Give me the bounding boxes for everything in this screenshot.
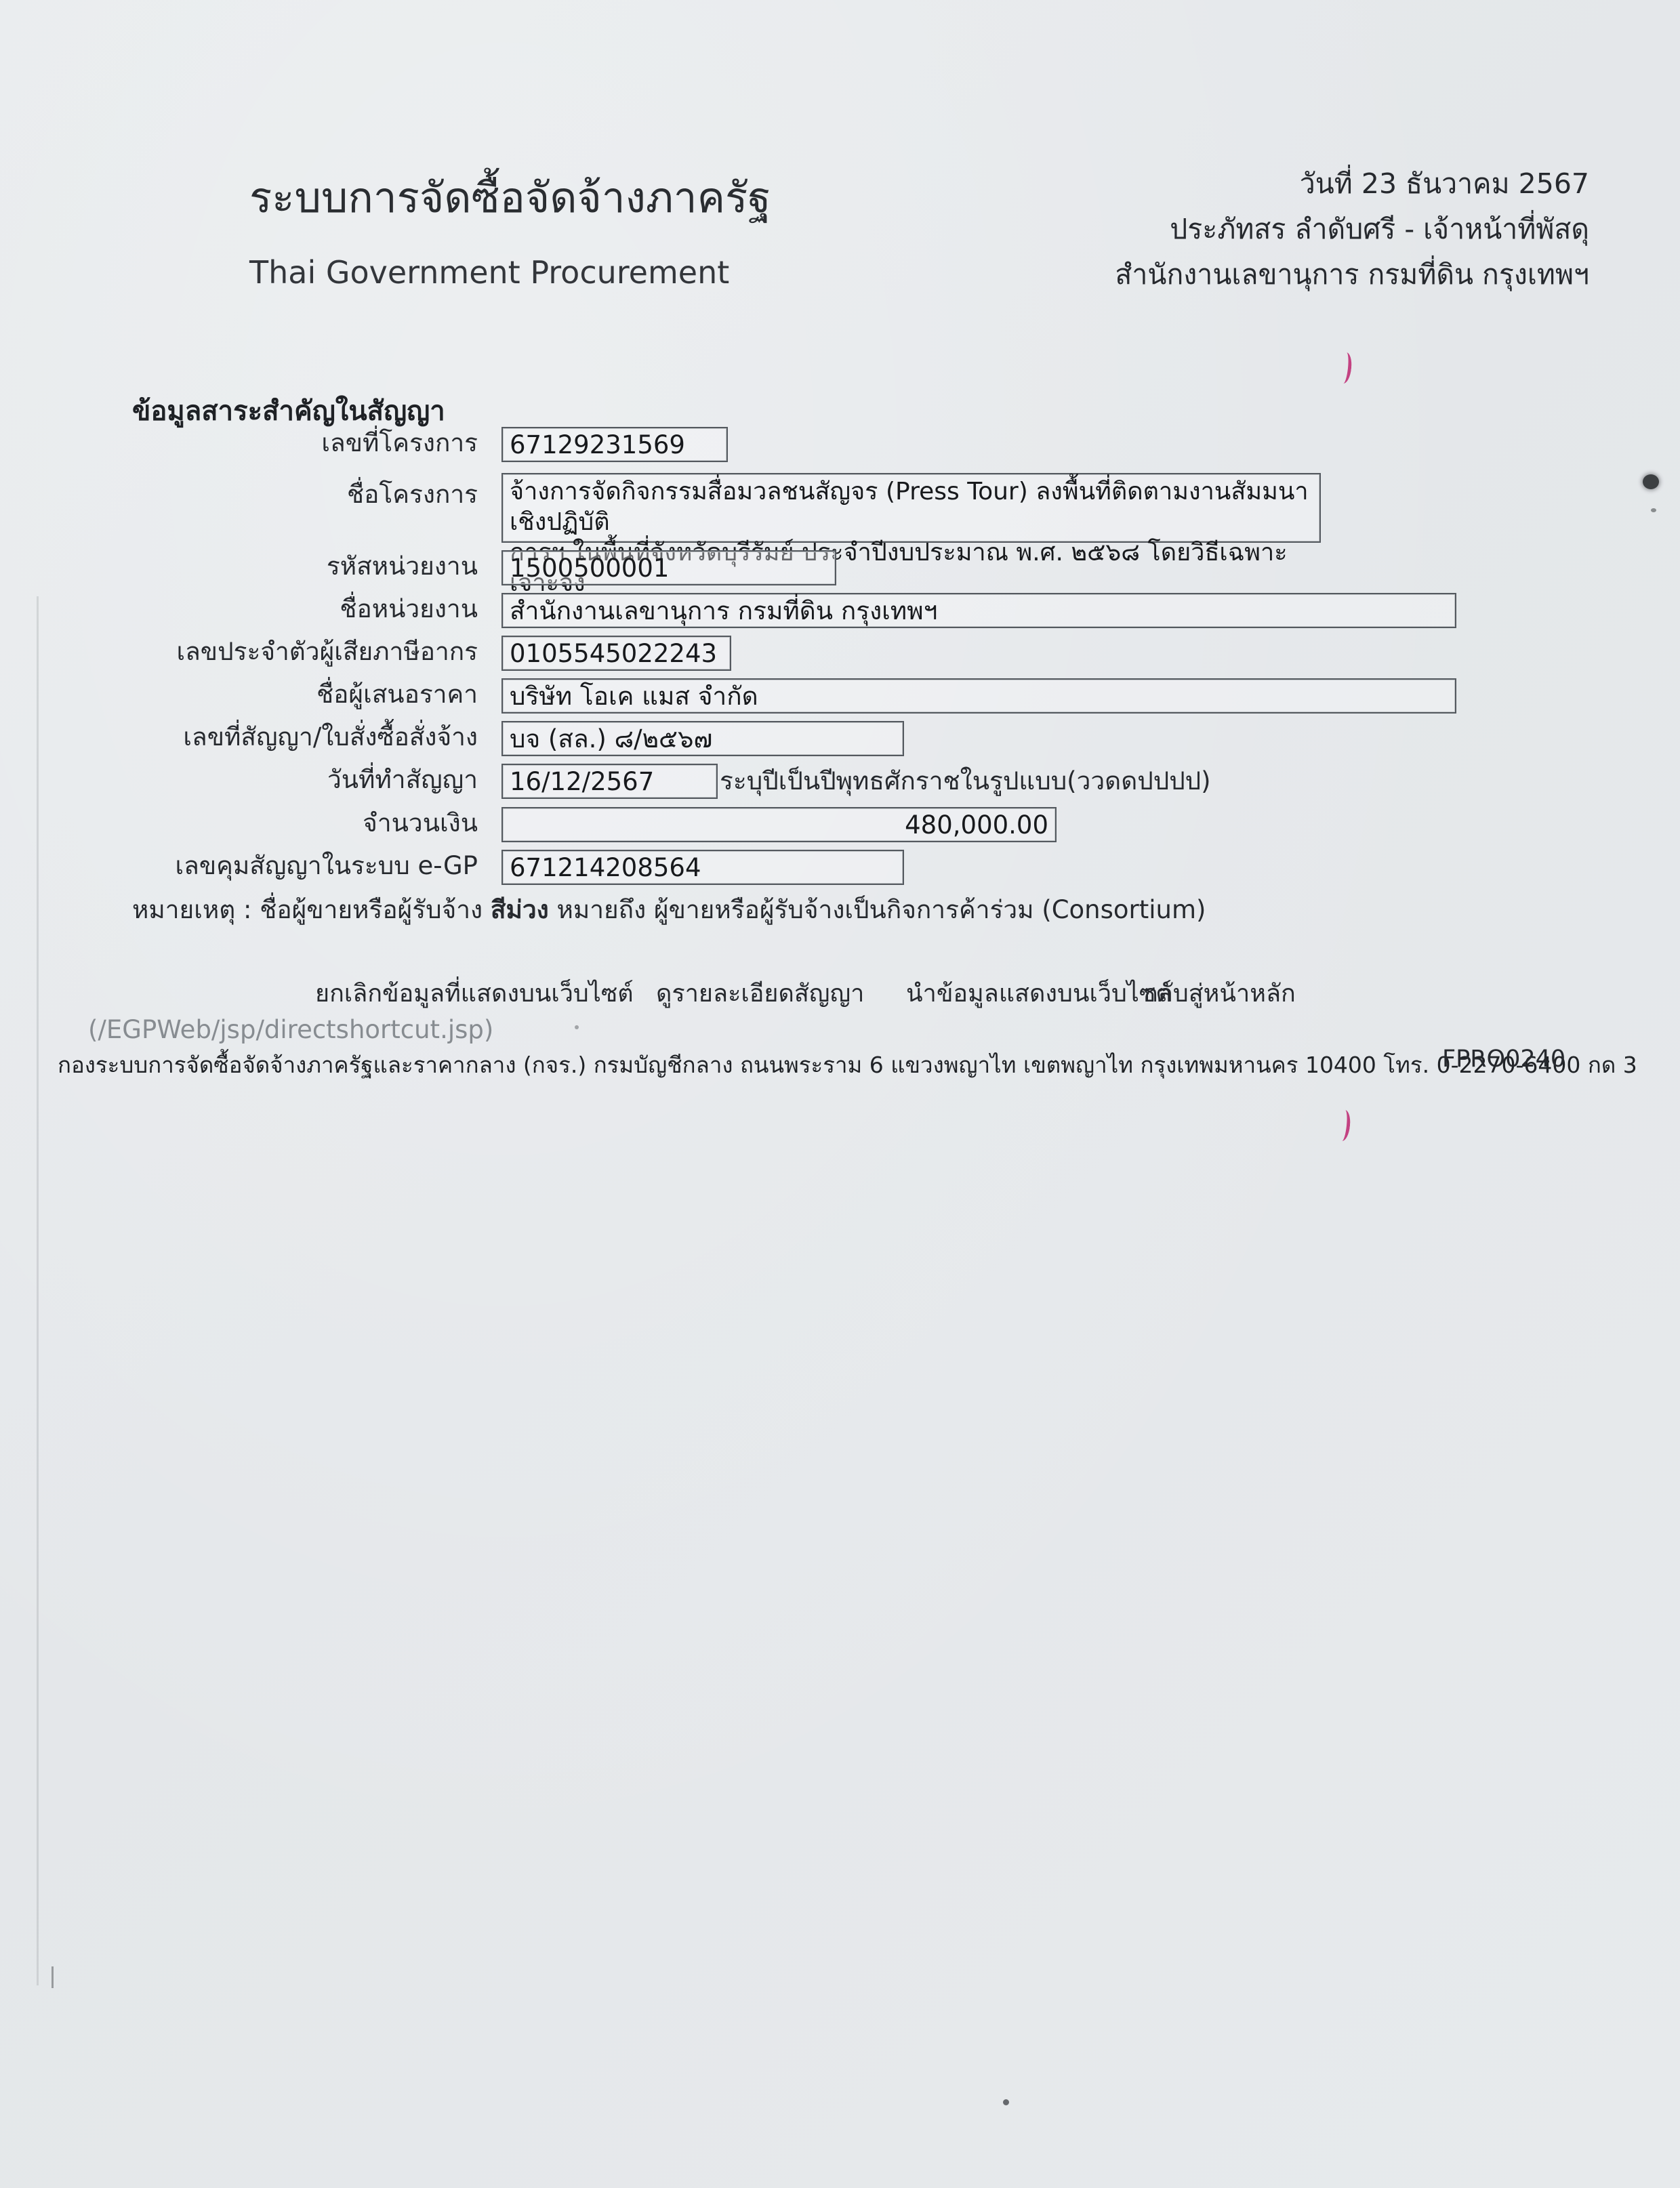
field-label-dept-name: ชื่อหน่วยงาน [81,593,478,625]
officer-name: ประภัทสร ลำดับศรี - เจ้าหน้าที่พัสดุ [979,207,1589,252]
taxpayer-id-input[interactable]: 0105545022243 [501,636,731,671]
scan-edge-dash [52,1966,54,1988]
publish-to-website-link[interactable]: นำข้อมูลแสดงบนเว็บไซต์ [906,978,1172,1010]
scan-edge-line [37,596,39,1985]
egp-number-value: 671214208564 [510,853,701,882]
scanned-procurement-page: ระบบการจัดซื้อจัดจ้างภาครัฐ Thai Governm… [0,0,1680,2188]
contract-number-input[interactable]: บจ (สล.) ๘/๒๕๖๗ [501,721,904,756]
scan-speck-small [575,1025,579,1029]
field-label-contract-number: เลขที่สัญญา/ใบสั่งซื้อสั่งจ้าง [81,721,478,754]
page-title-thai: ระบบการจัดซื้อจัดจ้างภาครัฐ [249,164,771,232]
field-label-project-number: เลขที่โครงการ [81,427,478,459]
field-label-amount: จำนวนเงิน [81,807,478,840]
bidder-name-value: บริษัท โอเค แมส จำกัด [510,676,758,716]
pink-pen-mark [1336,1109,1352,1142]
field-label-project-name: ชื่อโครงการ [81,478,478,511]
form-code: FPRO0240 [1442,1046,1565,1073]
field-label-bidder-name: ชื่อผู้เสนอราคา [81,678,478,711]
field-label-dept-code: รหัสหน่วยงาน [81,550,478,583]
field-label-taxpayer-id: เลขประจำตัวผู้เสียภาษีอากร [81,636,478,668]
amount-input[interactable]: 480,000.00 [501,807,1057,842]
page-title-english: Thai Government Procurement [249,252,729,293]
note-highlight-purple: สีม่วง [491,895,549,924]
pink-pen-mark [1337,352,1353,384]
taxpayer-id-value: 0105545022243 [510,639,717,668]
view-contract-detail-link[interactable]: ดูรายละเอียดสัญญา [656,978,864,1010]
print-date: วันที่ 23 ธันวาคม 2567 [979,161,1589,207]
contract-date-input[interactable]: 16/12/2567 [501,764,718,799]
bidder-name-input[interactable]: บริษัท โอเค แมส จำกัด [501,678,1456,714]
back-to-home-link[interactable]: กลับสู่หน้าหลัก [1143,978,1296,1010]
egp-number-input[interactable]: 671214208564 [501,850,904,885]
contract-date-value: 16/12/2567 [510,767,654,796]
date-format-hint: ระบุปีเป็นปีพุทธศักราชในรูปแบบ(ววดดปปปป) [720,764,1211,799]
amount-value: 480,000.00 [905,810,1048,840]
project-number-value: 67129231569 [510,430,685,459]
dept-name-value: สำนักงานเลขานุการ กรมที่ดิน กรุงเทพฯ [510,591,937,631]
footer-address: กองระบบการจัดซื้อจัดจ้างภาครัฐและราคากลา… [58,1047,1637,1083]
project-name-input[interactable]: จ้างการจัดกิจกรรมสื่อมวลชนสัญจร (Press T… [501,473,1321,543]
dept-code-value: 1500500001 [510,554,669,583]
consortium-note: หมายเหตุ : ชื่อผู้ขายหรือผู้รับจ้าง สีม่… [132,893,1206,927]
dept-name-input[interactable]: สำนักงานเลขานุการ กรมที่ดิน กรุงเทพฯ [501,593,1456,628]
field-label-contract-date: วันที่ทำสัญญา [81,764,478,796]
contract-number-value: บจ (สล.) ๘/๒๕๖๗ [510,719,712,759]
note-prefix: หมายเหตุ : ชื่อผู้ขายหรือผู้รับจ้าง [132,895,491,924]
section-title-contract-info: ข้อมูลสาระสำคัญในสัญญา [132,389,445,432]
scan-speck [1003,2099,1009,2105]
ink-blot-artifact [1643,474,1659,489]
field-label-egp-number: เลขคุมสัญญาในระบบ e-GP [81,850,478,882]
jsp-shortcut-link[interactable]: (/EGPWeb/jsp/directshortcut.jsp) [88,1015,493,1044]
agency-name: สำนักงานเลขานุการ กรมที่ดิน กรุงเทพฯ [979,252,1589,297]
header-meta: วันที่ 23 ธันวาคม 2567 ประภัทสร ลำดับศรี… [979,161,1589,297]
project-number-input[interactable]: 67129231569 [501,427,728,462]
dept-code-input[interactable]: 1500500001 [501,550,836,585]
note-suffix: หมายถึง ผู้ขายหรือผู้รับจ้างเป็นกิจการค้… [549,895,1206,924]
cancel-publish-link[interactable]: ยกเลิกข้อมูลที่แสดงบนเว็บไซต์ [315,978,634,1010]
